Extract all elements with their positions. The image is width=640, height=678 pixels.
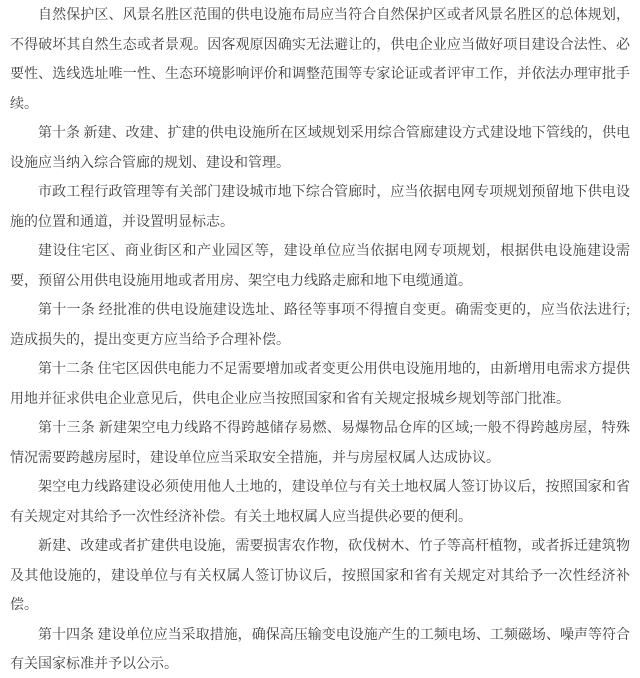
paragraph: 第十三条 新建架空电力线路不得跨越储存易燃、易爆物品仓库的区域;一般不得跨越房屋… <box>10 414 630 473</box>
paragraph: 第十四条 建设单位应当采取措施，确保高压输变电设施产生的工频电场、工频磁场、噪声… <box>10 621 630 678</box>
paragraph: 市政工程行政管理等有关部门建设城市地下综合管廊时，应当依据电网专项规划预留地下供… <box>10 178 630 237</box>
paragraph: 第十条 新建、改建、扩建的供电设施所在区域规划采用综合管廊建设方式建设地下管线的… <box>10 119 630 178</box>
paragraph: 第十二条 住宅区因供电能力不足需要增加或者变更公用供电设施用地的，由新增用电需求… <box>10 355 630 414</box>
document-body: 自然保护区、风景名胜区范围的供电设施布局应当符合自然保护区或者风景名胜区的总体规… <box>10 1 630 678</box>
paragraph: 第十一条 经批准的供电设施建设选址、路径等事项不得擅自变更。确需变更的，应当依法… <box>10 296 630 355</box>
paragraph: 架空电力线路建设必须使用他人土地的，建设单位与有关土地权属人签订协议后，按照国家… <box>10 473 630 532</box>
document-page: 自然保护区、风景名胜区范围的供电设施布局应当符合自然保护区或者风景名胜区的总体规… <box>0 0 640 678</box>
paragraph: 建设住宅区、商业街区和产业园区等，建设单位应当依据电网专项规划，根据供电设施建设… <box>10 237 630 296</box>
paragraph: 新建、改建或者扩建供电设施，需要损害农作物，砍伐树木、竹子等高杆植物，或者拆迁建… <box>10 532 630 621</box>
paragraph: 自然保护区、风景名胜区范围的供电设施布局应当符合自然保护区或者风景名胜区的总体规… <box>10 1 630 119</box>
